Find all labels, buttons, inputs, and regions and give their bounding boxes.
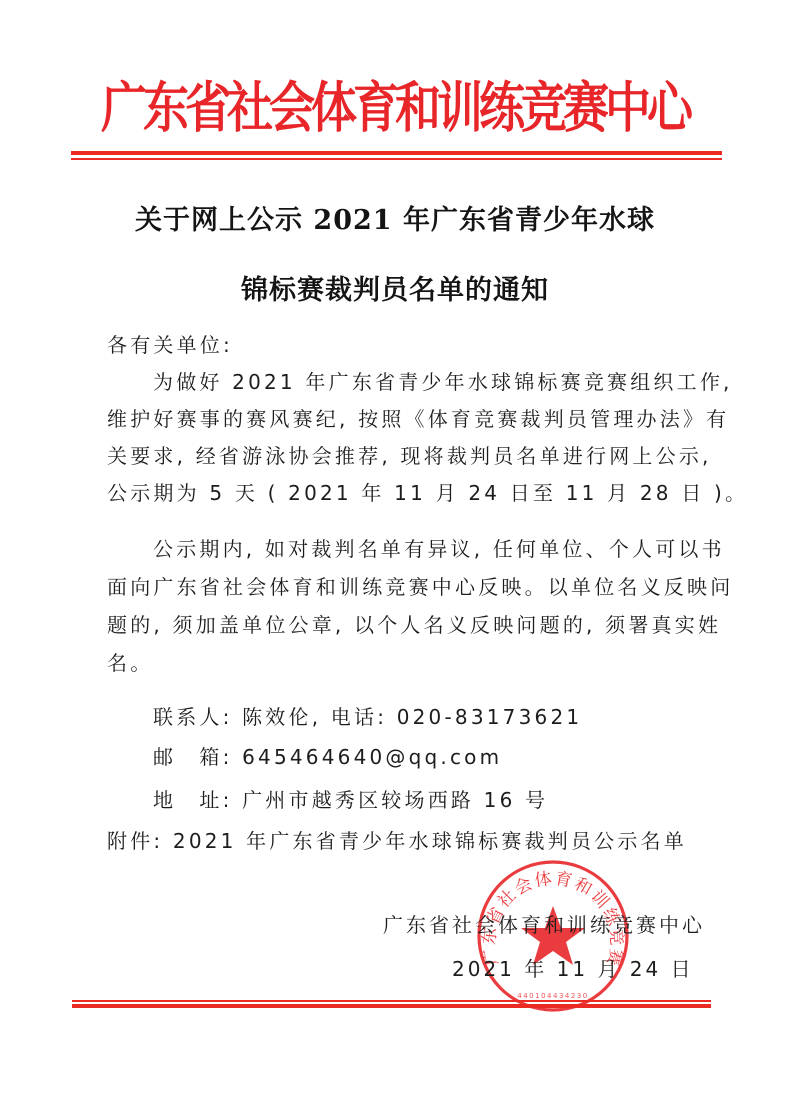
footer-rule-thin (72, 1000, 711, 1002)
header-rule-thick (71, 151, 722, 155)
contact-email: 邮 箱: 645464640@qq.com (153, 744, 502, 770)
paragraph-1-line-3: 关要求, 经省游泳协会推荐, 现将裁判员名单进行网上公示, (107, 443, 712, 469)
notice-title-line-2: 锦标赛裁判员名单的通知 (0, 268, 790, 307)
paragraph-2-line-3: 题的, 须加盖单位公章, 以个人名义反映问题的, 须署真实姓 (107, 612, 721, 638)
seal-serial: 440104434230 (517, 992, 588, 1000)
paragraph-1-line-4: 公示期为 5 天 ( 2021 年 11 月 24 日至 11 月 28 日 )… (107, 480, 748, 506)
footer-rule-thick (72, 1004, 711, 1008)
paragraph-2-line-1: 公示期内, 如对裁判名单有异议, 任何单位、个人可以书 (153, 536, 725, 562)
salutation: 各有关单位: (107, 332, 233, 358)
letterhead-organization: 广东省社会体育和训练竞赛中心 (0, 72, 790, 143)
attachment: 附件: 2021 年广东省青少年水球锦标赛裁判员公示名单 (107, 828, 687, 854)
notice-title-line-1: 关于网上公示 2021 年广东省青少年水球 (0, 198, 790, 237)
paragraph-2-line-4: 名。 (107, 650, 153, 676)
contact-address: 地 址: 广州市越秀区较场西路 16 号 (153, 787, 548, 813)
paragraph-1-line-1: 为做好 2021 年广东省青少年水球锦标赛竞赛组织工作, (153, 369, 733, 395)
paragraph-1-line-2: 维护好赛事的赛风赛纪, 按照《体育竞赛裁判员管理办法》有 (107, 406, 729, 432)
signature-date: 2021 年 11 月 24 日 (452, 956, 694, 982)
signature-organization: 广东省社会体育和训练竞赛中心 (383, 912, 705, 938)
contact-person: 联系人: 陈效伦, 电话: 020-83173621 (153, 704, 582, 730)
header-rule-thin (71, 158, 722, 160)
paragraph-2-line-2: 面向广东省社会体育和训练竞赛中心反映。以单位名义反映问 (107, 574, 733, 600)
